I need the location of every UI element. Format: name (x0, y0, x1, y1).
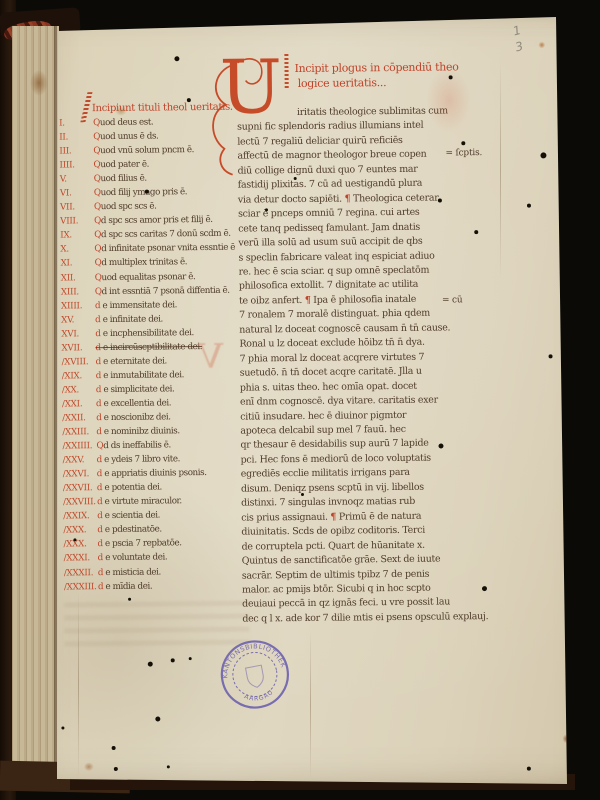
wormhole-speck (265, 208, 268, 211)
ink-showthrough (64, 601, 249, 647)
chapter-title: d e immensitate dei. (95, 300, 177, 311)
wormhole-speck (174, 56, 179, 61)
wormhole-speck (474, 230, 478, 234)
chapter-numeral: /XXVII. (63, 483, 97, 493)
chapter-numeral: X. (60, 245, 94, 255)
wormhole-speck (145, 190, 149, 194)
chapter-title: d e inmutabilitate dei. (96, 370, 184, 381)
chapter-numeral: /XXXII. (64, 568, 98, 578)
chapter-title: Quod equalitas psonar ē. (95, 272, 196, 283)
stain (115, 106, 127, 116)
chapter-title: Qd multiplex trinitas ē. (95, 258, 188, 269)
chapter-numeral: /XXXIII. (64, 582, 98, 592)
chapter-title: d e misticia dei. (98, 567, 161, 578)
gutter-line (54, 26, 57, 780)
chapter-numeral: /XXV. (63, 455, 97, 465)
stain (563, 734, 571, 743)
chapter-title: Qd int essntiā 7 psonā diffentia ē. (95, 285, 230, 296)
page-edges-stack (12, 26, 59, 778)
wormhole-speck (438, 199, 442, 203)
chapter-title: d e simplicitate dei. (96, 384, 175, 395)
page-content: 1 3 Incipiunt tituli theol ueritatis. I.… (0, 0, 600, 800)
chapter-title: d e incphensibilitate dei. (95, 328, 194, 339)
chapter-title: d e eternitate dei. (96, 356, 167, 367)
wormhole-speck (73, 538, 76, 541)
chapter-title: d e pscia 7 repbatōe. (97, 539, 181, 550)
chapter-numeral: /XXVI. (63, 469, 97, 479)
rubric-flourish (284, 52, 288, 88)
prologue-rubric-line2: logice ueritatis... (298, 76, 387, 90)
wormhole-speck (189, 657, 192, 660)
chapter-numeral: IIII. (59, 160, 93, 170)
chapter-title: d e virtute miraculor. (97, 497, 182, 508)
wormhole-speck (167, 765, 170, 768)
prologue-text: iritatis theologice sublimitas cumsupni … (237, 104, 475, 627)
chapter-title: d e ydeis 7 libro vite. (97, 454, 180, 465)
chapter-title: d e potentia dei. (97, 483, 162, 494)
chapter-title: Qd spc scs caritas 7 donū scdm ē. (94, 229, 230, 240)
chapter-title: d e voluntate dei. (98, 553, 168, 564)
manuscript-photo: 1 3 Incipiunt tituli theol ueritatis. I.… (0, 0, 600, 800)
wormhole-speck (527, 204, 531, 208)
chapter-numeral: /XXII. (62, 413, 96, 423)
wormhole-speck (187, 98, 191, 102)
chapter-numeral: XIII. (61, 287, 95, 297)
chapter-title: Qd spc scs amor pris et filij ē. (94, 215, 213, 226)
stain (538, 41, 545, 48)
wormhole-speck (573, 250, 578, 255)
chapter-numeral: I. (59, 118, 93, 128)
prologue-text-line: Quintus de sanctificatōe grāe. Sext de i… (242, 552, 475, 569)
folio-number-pencil: 3 (514, 39, 525, 54)
chapter-title: Quod spc scs ē. (94, 202, 157, 213)
wormhole-speck (61, 726, 64, 729)
chapter-title: Quod filij ymago pris ē. (94, 187, 187, 198)
prologue-text-line: via detur docto sapiēti. ¶ Theologica ce… (238, 191, 471, 208)
chapter-title: d e excellentia dei. (96, 398, 171, 409)
chapter-title: d e infinitate dei. (95, 314, 163, 325)
stain (84, 762, 94, 771)
chapter-numeral: /XXX. (63, 525, 97, 535)
wormhole-speck (549, 354, 553, 358)
chapter-numeral: /XXX. (63, 540, 97, 550)
library-stamp: KANTONSBIBLIOTHEK AARGAU (213, 632, 297, 716)
wormhole-speck (301, 493, 304, 496)
margin-note: = ſcptis. (445, 148, 482, 158)
chapter-numeral: /XX. (62, 385, 96, 395)
chapter-title: Quod deus est. (93, 118, 153, 129)
margin-note: = cū (442, 295, 463, 305)
chapter-numeral: XII. (61, 273, 95, 283)
wormhole-speck (527, 767, 531, 771)
chapter-title: d e noscionibz dei. (96, 412, 170, 423)
chapter-numeral: II. (59, 132, 93, 142)
wormhole-speck (112, 746, 116, 750)
chapter-numeral: /XXI. (62, 399, 96, 409)
chapter-title: d e pdestinatōe. (97, 525, 161, 536)
wormhole-speck (155, 716, 160, 721)
wormhole-speck (171, 658, 175, 662)
wormhole-speck (540, 152, 546, 158)
wormhole-speck (128, 598, 131, 601)
chapter-numeral: VI. (60, 188, 94, 198)
chapter-numeral: XV. (61, 315, 95, 325)
chapter-title: d e incircūscptibilitate dei. (95, 342, 202, 353)
toc-row: /XXXIII.d e mīdia dei. (64, 580, 244, 596)
chapter-numeral: VIII. (60, 216, 94, 226)
wormhole-speck (148, 662, 153, 667)
chapter-title: d e mīdia dei. (98, 581, 152, 592)
chapter-numeral: XIIII. (61, 301, 95, 311)
chapter-numeral: V. (60, 174, 94, 184)
stamp-shield (246, 665, 266, 689)
chapter-numeral: /XXIII. (62, 427, 96, 437)
chapter-title: Qd ds ineffabilis ē. (96, 440, 171, 451)
chapter-numeral: XI. (61, 259, 95, 269)
wormhole-speck (438, 444, 443, 449)
svg-text:KANTONSBIBLIOTHEK: KANTONSBIBLIOTHEK (216, 637, 288, 680)
ink-showthrough: V (198, 337, 223, 377)
stamp-text-top: KANTONSBIBLIOTHEK (216, 637, 288, 680)
chapter-title: d e scientia dei. (97, 511, 160, 522)
chapter-numeral: VII. (60, 202, 94, 212)
chapter-title: Quod pater ē. (93, 160, 148, 171)
wormhole-speck (482, 586, 487, 591)
chapter-title: Quod unus ē ds. (93, 132, 158, 143)
chapter-title: d e appriatis diuinis psonis. (97, 468, 207, 479)
wormhole-speck (449, 75, 453, 79)
chapter-title: Quod vnū solum pncm ē. (93, 145, 194, 156)
chapter-numeral: /XXXI. (64, 554, 98, 564)
chapter-title: Qd infinitate psonar vnita essntie ē (94, 243, 235, 254)
chapter-numeral: /XIX. (62, 371, 96, 381)
folio-number-pencil: 1 (512, 23, 523, 38)
chapter-numeral: III. (59, 146, 93, 156)
edge-stain (30, 70, 48, 96)
chapter-numeral: /XVIII. (62, 357, 96, 367)
wormhole-speck (114, 767, 118, 771)
wormhole-speck (294, 177, 297, 180)
prologue-text-line: dec q l x. ade kor 7 dilie mtis ei psens… (242, 610, 475, 627)
chapter-numeral: XVI. (61, 329, 95, 339)
chapter-numeral: /XXIX. (63, 511, 97, 521)
chapter-title: Quod filius ē. (94, 174, 147, 185)
chapter-numeral: XVII. (61, 343, 95, 353)
prologue-rubric-line1: Incipit plogus in cōpendiū theo (294, 60, 458, 75)
chapter-numeral: /XXIIII. (62, 441, 96, 451)
chapter-numeral: /XXVIII. (63, 497, 97, 507)
chapter-title: d e nominibz diuinis. (96, 426, 179, 437)
wormhole-speck (461, 141, 465, 145)
prologue-text-line: natural lz doceat cognoscē causam n̄ tn̄… (239, 321, 472, 338)
chapter-numeral: IX. (60, 231, 94, 241)
parchment-page: 1 3 Incipiunt tituli theol ueritatis. I.… (0, 0, 600, 800)
